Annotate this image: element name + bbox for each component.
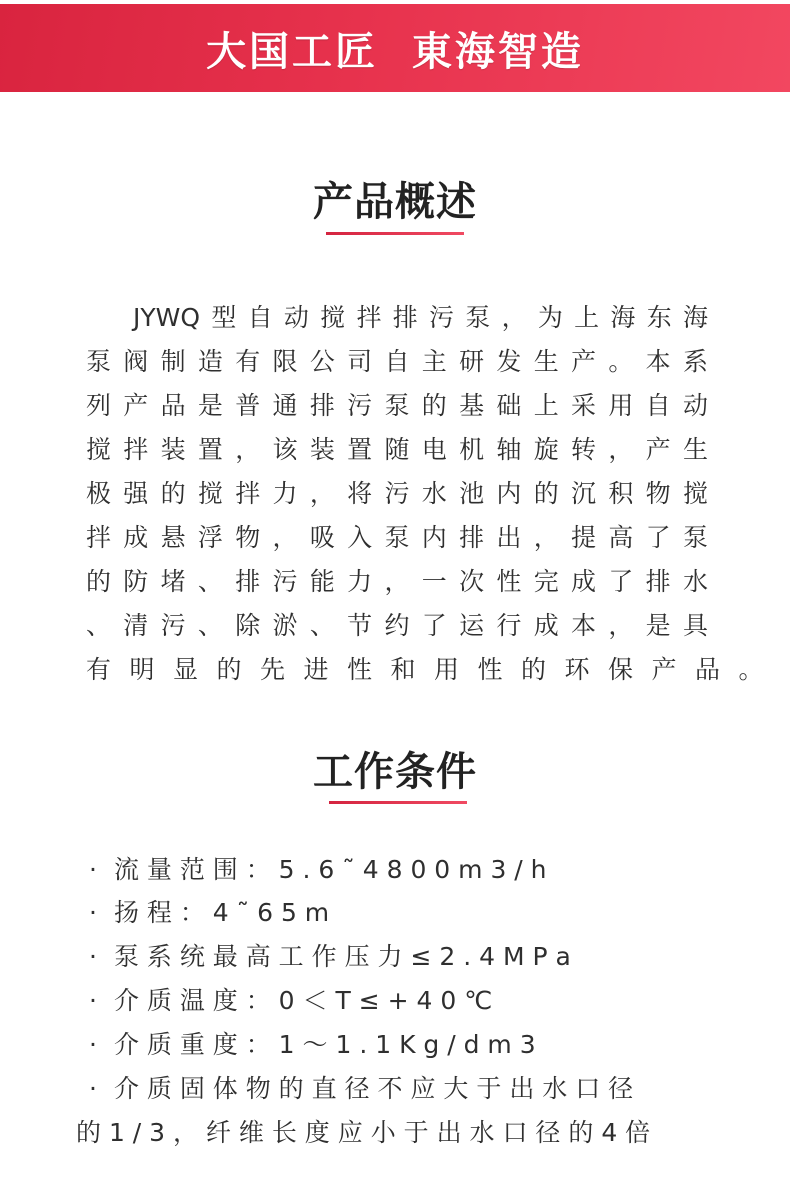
section-heading-overview: 产品概述 — [0, 170, 790, 227]
bullet-icon: · — [80, 935, 106, 979]
paragraph-line: JYWQ型自动搅拌排污泵，为上海东海 — [133, 296, 708, 340]
condition-text: 介 质 重 度 ： 1 ～ 1 . 1 K g / d m 3 — [114, 1030, 536, 1059]
bullet-icon: · — [80, 1067, 106, 1111]
condition-item: · 介 质 温 度 ： 0 ＜ T ≤ + 4 0 ℃ — [80, 979, 492, 1023]
condition-item-continuation: 的 1 / 3 ， 纤 维 长 度 应 小 于 出 水 口 径 的 4 倍 — [76, 1111, 650, 1155]
condition-item: · 流 量 范 围 ： 5 . 6 ˜ 4 8 0 0 m 3 / h — [80, 848, 547, 892]
paragraph-line: 、清污、除淤、节约了运行成本，是具 — [86, 604, 708, 648]
paragraph-line: 泵阀制造有限公司自主研发生产。本系 — [86, 340, 708, 384]
paragraph-line: 的防堵、排污能力，一次性完成了排水 — [86, 560, 708, 604]
bullet-icon: · — [80, 891, 106, 935]
condition-text: 介 质 固 体 物 的 直 径 不 应 大 于 出 水 口 径 — [114, 1074, 633, 1103]
paragraph-line: 极强的搅拌力，将污水池内的沉积物搅 — [86, 472, 708, 516]
condition-item: · 泵 系 统 最 高 工 作 压 力 ≤ 2 . 4 M P a — [80, 935, 571, 979]
header-banner: 大国工匠 東海智造 — [0, 4, 790, 92]
condition-item: · 介 质 固 体 物 的 直 径 不 应 大 于 出 水 口 径 — [80, 1067, 633, 1111]
banner-title: 大国工匠 東海智造 — [206, 20, 584, 77]
section-heading-conditions: 工作条件 — [0, 740, 790, 797]
paragraph-line: 拌成悬浮物，吸入泵内排出，提高了泵 — [86, 516, 708, 560]
paragraph-line: 搅拌装置，该装置随电机轴旋转，产生 — [86, 428, 708, 472]
paragraph-line: 列产品是普通排污泵的基础上采用自动 — [86, 384, 708, 428]
paragraph-line: 有明显的先进性和用性的环保产品。 — [86, 648, 708, 692]
condition-text: 的 1 / 3 ， 纤 维 长 度 应 小 于 出 水 口 径 的 4 倍 — [76, 1118, 650, 1147]
bullet-icon: · — [80, 979, 106, 1023]
heading-underline — [329, 801, 467, 804]
condition-text: 流 量 范 围 ： 5 . 6 ˜ 4 8 0 0 m 3 / h — [114, 855, 547, 884]
condition-text: 介 质 温 度 ： 0 ＜ T ≤ + 4 0 ℃ — [114, 986, 492, 1015]
bullet-icon: · — [80, 848, 106, 892]
condition-text: 泵 系 统 最 高 工 作 压 力 ≤ 2 . 4 M P a — [114, 942, 571, 971]
bullet-icon: · — [80, 1023, 106, 1067]
condition-item: · 扬 程 ： 4 ˜ 6 5 m — [80, 891, 329, 935]
condition-item: · 介 质 重 度 ： 1 ～ 1 . 1 K g / d m 3 — [80, 1023, 536, 1067]
heading-underline — [326, 232, 464, 235]
condition-text: 扬 程 ： 4 ˜ 6 5 m — [114, 898, 329, 927]
